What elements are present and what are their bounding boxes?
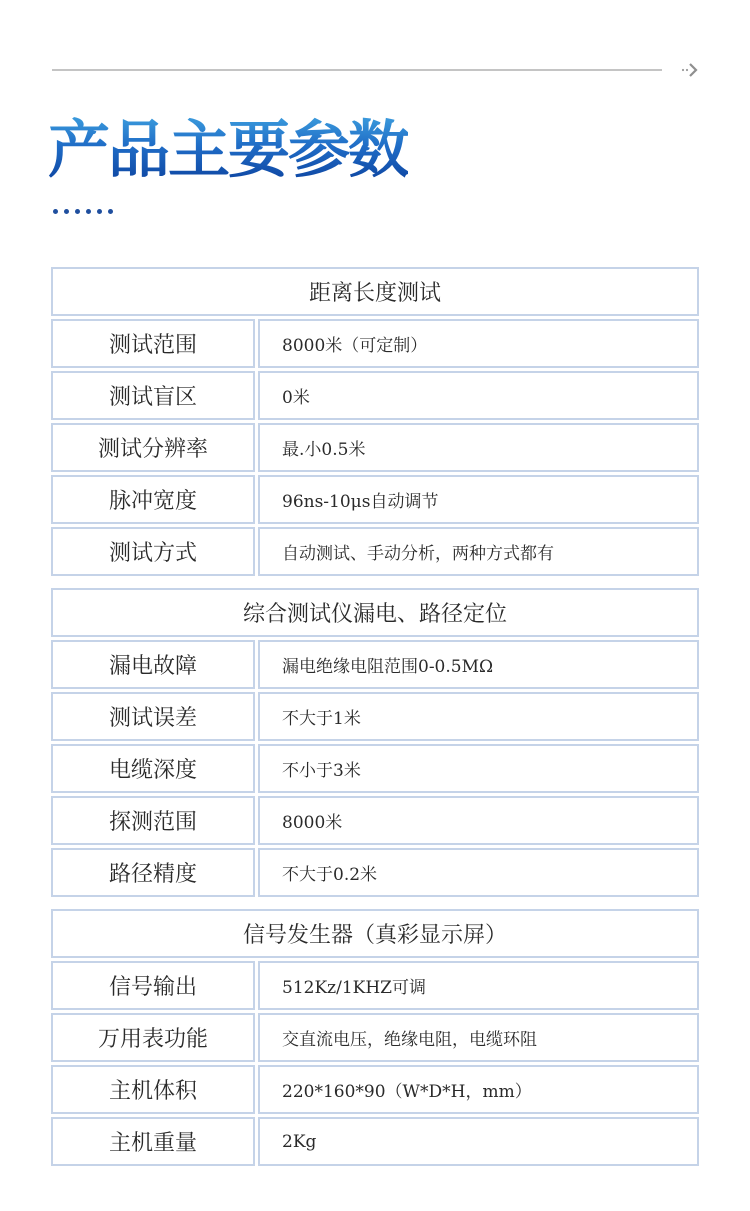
param-value: 512Kz/1KHZ可调 [258,961,699,1010]
dot [86,209,91,214]
param-label: 万用表功能 [51,1013,255,1062]
param-value: 0米 [258,371,699,420]
param-label: 电缆深度 [51,744,255,793]
table-row: 探测范围 8000米 [51,796,699,845]
section-header-row: 距离长度测试 [51,267,699,316]
param-label: 测试分辨率 [51,423,255,472]
param-value: 漏电绝缘电阻范围0-0.5MΩ [258,640,699,689]
table-row: 测试分辨率 最.小0.5米 [51,423,699,472]
param-value: 96ns-10μs自动调节 [258,475,699,524]
decorative-dots [53,209,113,214]
param-value: 交直流电压，绝缘电阻，电缆环阻 [258,1013,699,1062]
param-label: 主机重量 [51,1117,255,1166]
param-label: 漏电故障 [51,640,255,689]
table-row: 漏电故障 漏电绝缘电阻范围0-0.5MΩ [51,640,699,689]
table-row: 电缆深度 不小于3米 [51,744,699,793]
param-value: 自动测试、手动分析，两种方式都有 [258,527,699,576]
dot [97,209,102,214]
table-row: 测试范围 8000米（可定制） [51,319,699,368]
page-title: 产品主要参数 [48,112,408,188]
param-value: 不小于3米 [258,744,699,793]
param-label: 测试误差 [51,692,255,741]
param-value: 8000米（可定制） [258,319,699,368]
param-label: 脉冲宽度 [51,475,255,524]
param-value: 不大于0.2米 [258,848,699,897]
param-value: 8000米 [258,796,699,845]
table-row: 信号输出 512Kz/1KHZ可调 [51,961,699,1010]
section-header-row: 综合测试仪漏电、路径定位 [51,588,699,637]
dot [108,209,113,214]
param-label: 主机体积 [51,1065,255,1114]
table-row: 万用表功能 交直流电压，绝缘电阻，电缆环阻 [51,1013,699,1062]
section-title: 信号发生器（真彩显示屏） [51,909,699,958]
dot [64,209,69,214]
param-label: 测试方式 [51,527,255,576]
param-label: 测试盲区 [51,371,255,420]
dot [53,209,58,214]
section-header-row: 信号发生器（真彩显示屏） [51,909,699,958]
table-row: 主机体积 220*160*90（W*D*H，mm） [51,1065,699,1114]
top-divider [52,69,662,71]
param-value: 不大于1米 [258,692,699,741]
section-title: 距离长度测试 [51,267,699,316]
table-row: 测试方式 自动测试、手动分析，两种方式都有 [51,527,699,576]
param-value: 220*160*90（W*D*H，mm） [258,1065,699,1114]
table-row: 测试误差 不大于1米 [51,692,699,741]
section-title: 综合测试仪漏电、路径定位 [51,588,699,637]
table-row: 主机重量 2Kg [51,1117,699,1166]
param-value: 最.小0.5米 [258,423,699,472]
param-label: 测试范围 [51,319,255,368]
chevron-right-dotted-icon [680,60,700,80]
param-value: 2Kg [258,1117,699,1166]
param-label: 路径精度 [51,848,255,897]
table-row: 脉冲宽度 96ns-10μs自动调节 [51,475,699,524]
param-label: 探测范围 [51,796,255,845]
param-label: 信号输出 [51,961,255,1010]
table-row: 路径精度 不大于0.2米 [51,848,699,897]
dot [75,209,80,214]
table-row: 测试盲区 0米 [51,371,699,420]
